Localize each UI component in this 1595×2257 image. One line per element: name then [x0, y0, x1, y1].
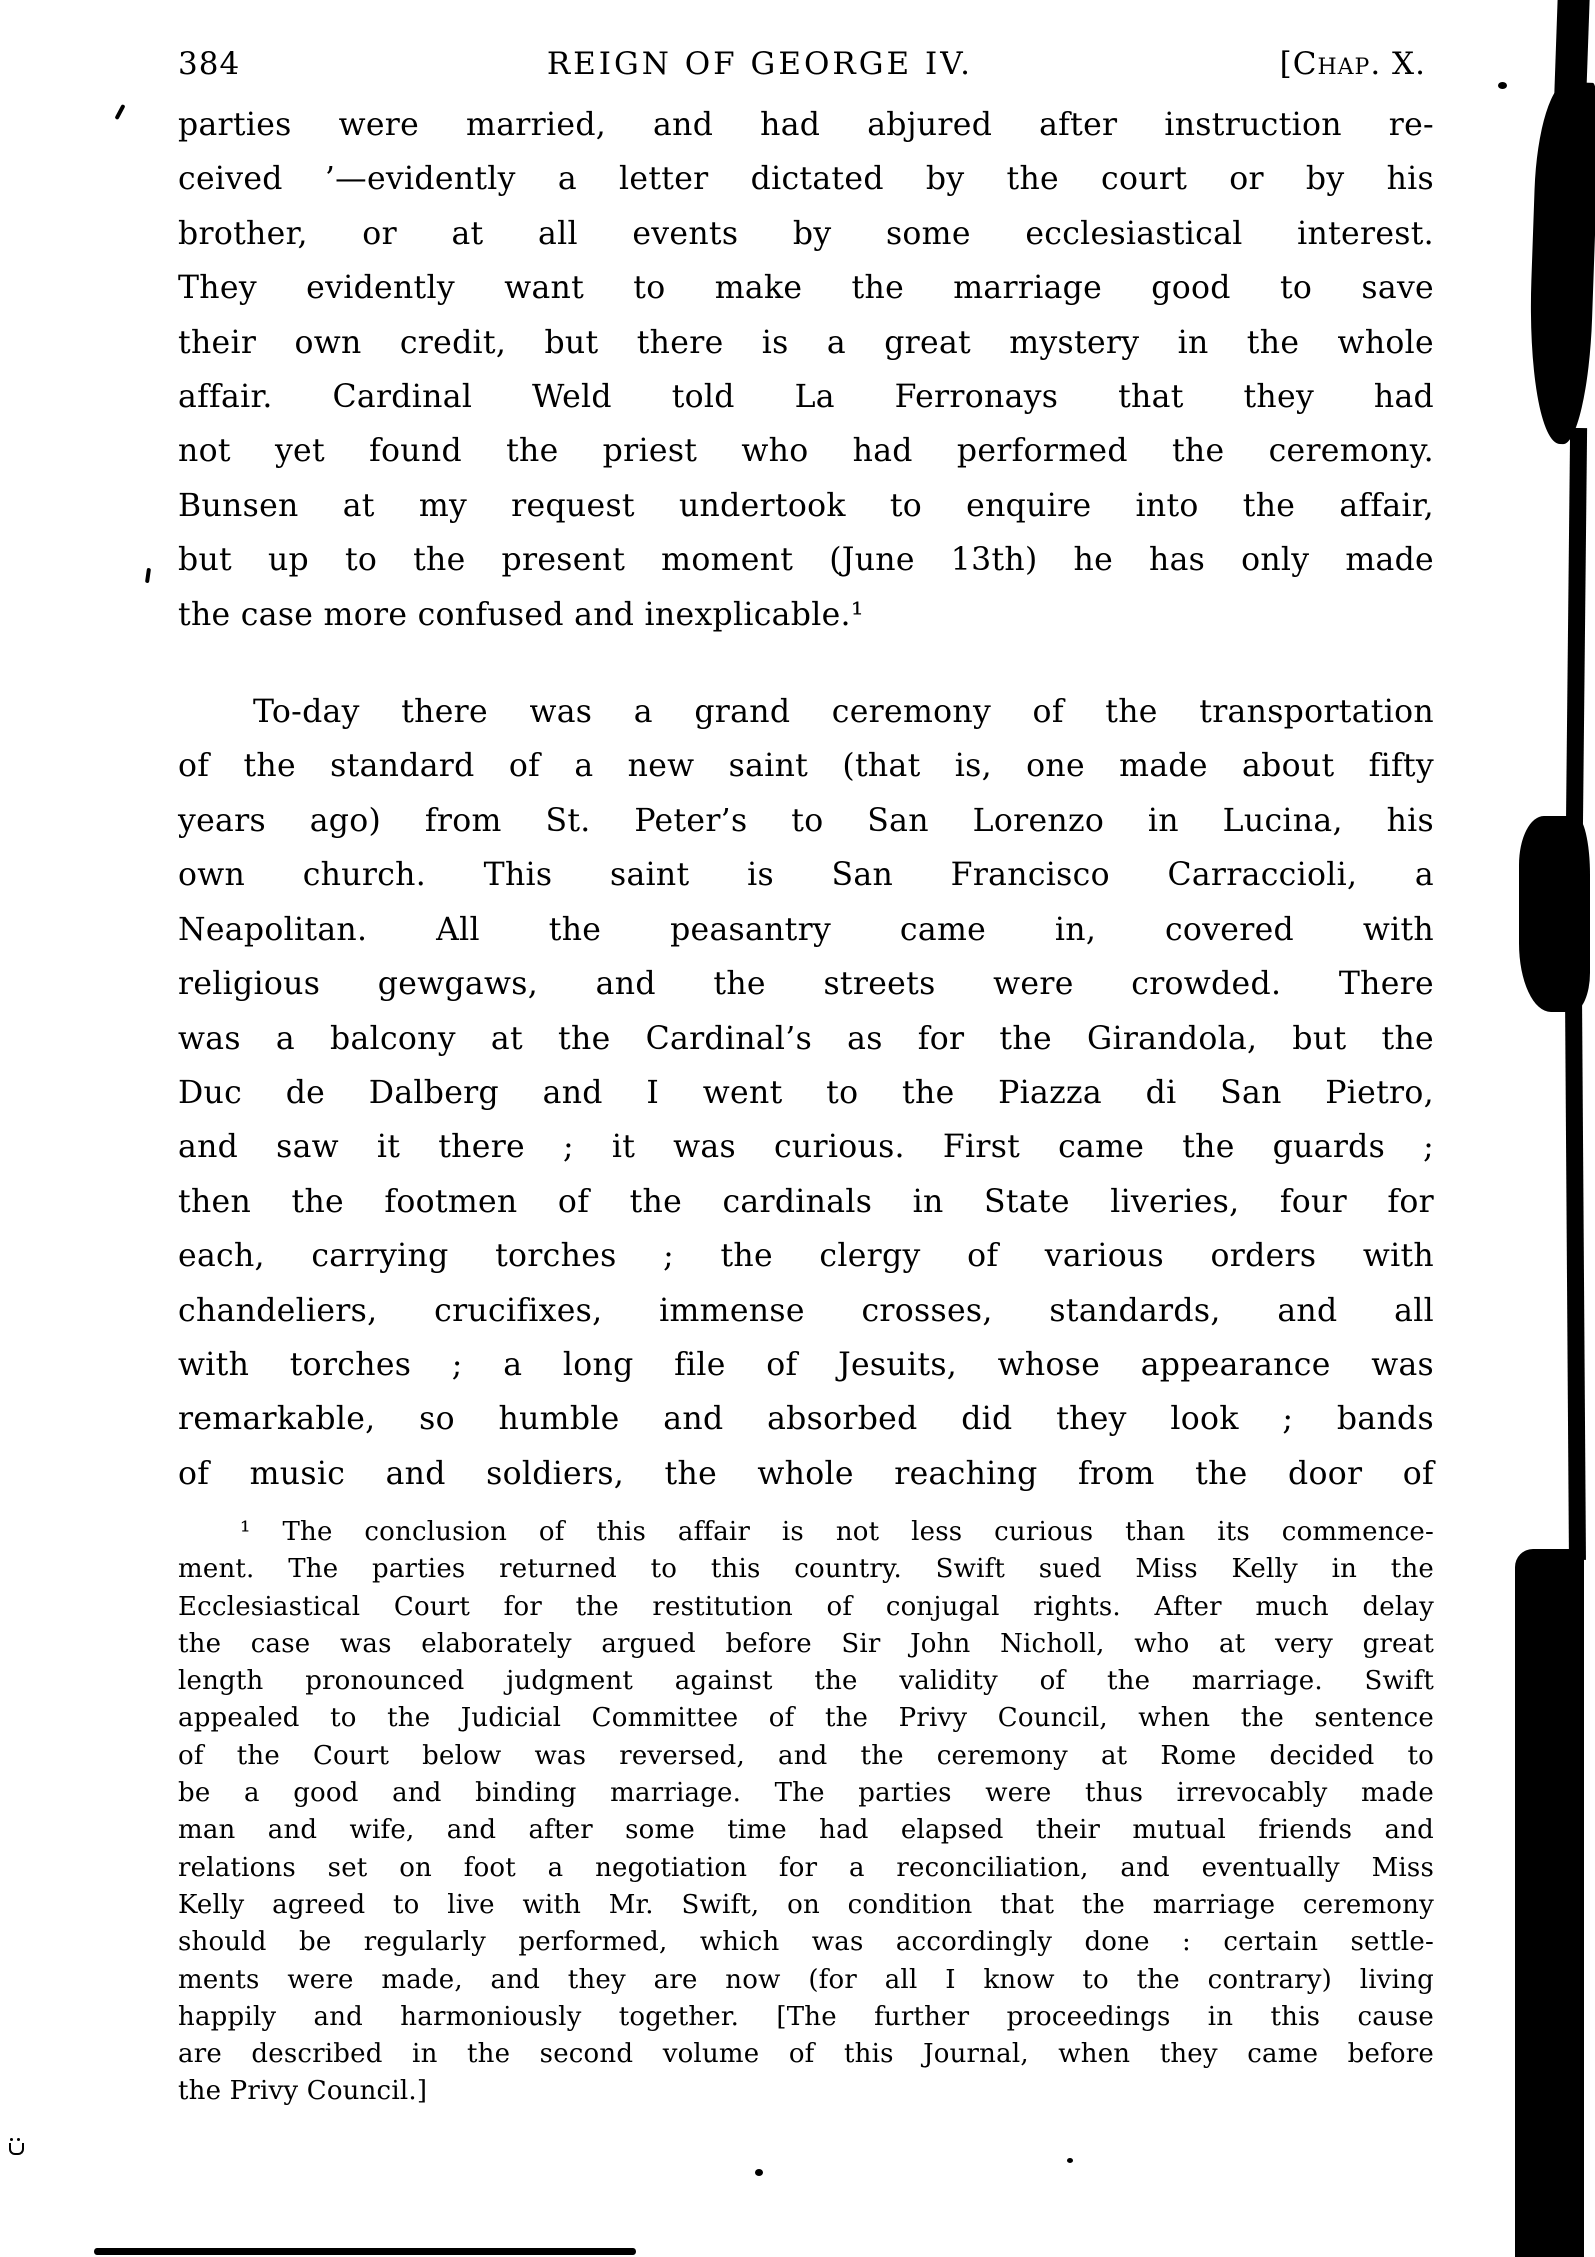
text-line: of the standard of a new saint (that is,…	[178, 739, 1434, 793]
paragraph-1: parties were married, and had abjured af…	[178, 98, 1434, 642]
book-page-scan: 384 REIGN OF GEORGE IV. [Chap. X. partie…	[0, 0, 1595, 2257]
scan-artifact-bottom-line	[94, 2248, 636, 2255]
text-line: the case more confused and inexplicable.…	[178, 588, 1434, 642]
text-line: length pronounced judgment against the v…	[178, 1663, 1434, 1700]
text-line: own church. This saint is San Francisco …	[178, 848, 1434, 902]
scan-artifact-bottom-left-curve	[9, 2143, 24, 2155]
text-line: Kelly agreed to live with Mr. Swift, on …	[178, 1887, 1434, 1924]
text-line: of the Court below was reversed, and the…	[178, 1738, 1434, 1775]
text-line: ¹ The conclusion of this affair is not l…	[178, 1514, 1434, 1551]
page-header: 384 REIGN OF GEORGE IV. [Chap. X.	[178, 44, 1426, 84]
text-line: was a balcony at the Cardinal’s as for t…	[178, 1012, 1434, 1066]
text-line: chandeliers, crucifixes, immense crosses…	[178, 1284, 1434, 1338]
text-line: relations set on foot a negotiation for …	[178, 1850, 1434, 1887]
scan-artifact-bottom-left-dot1	[10, 2138, 13, 2141]
scan-artifact-left-backtick	[114, 104, 125, 120]
text-line: To-day there was a grand ceremony of the…	[178, 685, 1434, 739]
text-line: Ecclesiastical Court for the restitution…	[178, 1589, 1434, 1626]
scan-artifact-left-apostrophe	[145, 568, 151, 583]
text-line: remarkable, so humble and absorbed did t…	[178, 1392, 1434, 1446]
text-line: not yet found the priest who had perform…	[178, 424, 1434, 478]
text-line: be a good and binding marriage. The part…	[178, 1775, 1434, 1812]
text-line: and saw it there ; it was curious. First…	[178, 1120, 1434, 1174]
text-line: man and wife, and after some time had el…	[178, 1812, 1434, 1849]
scan-artifact-dot-header-right	[1498, 82, 1507, 89]
text-line: the Privy Council.]	[178, 2073, 1434, 2110]
text-line: Bunsen at my request undertook to enquir…	[178, 479, 1434, 533]
chapter-label: [Chap. X.	[1280, 44, 1426, 84]
text-line: the case was elaborately argued before S…	[178, 1626, 1434, 1663]
text-line: with torches ; a long file of Jesuits, w…	[178, 1338, 1434, 1392]
text-line: should be regularly performed, which was…	[178, 1924, 1434, 1961]
paragraph-2: To-day there was a grand ceremony of the…	[178, 685, 1434, 1501]
scan-artifact-right-bar-bottom	[1515, 1549, 1584, 2257]
page-number: 384	[178, 44, 240, 84]
text-line: religious gewgaws, and the streets were …	[178, 957, 1434, 1011]
text-line: but up to the present moment (June 13th)…	[178, 533, 1434, 587]
text-line: Duc de Dalberg and I went to the Piazza …	[178, 1066, 1434, 1120]
text-line: years ago) from St. Peter’s to San Loren…	[178, 794, 1434, 848]
running-title: REIGN OF GEORGE IV.	[547, 44, 973, 84]
text-line: brother, or at all events by some eccles…	[178, 207, 1434, 261]
text-line: They evidently want to make the marriage…	[178, 261, 1434, 315]
text-line: are described in the second volume of th…	[178, 2036, 1434, 2073]
footnote: ¹ The conclusion of this affair is not l…	[178, 1514, 1434, 2111]
text-line: appealed to the Judicial Committee of th…	[178, 1700, 1434, 1737]
scan-artifact-right-stripe-mid1	[1566, 428, 1587, 832]
text-line: happily and harmoniously together. [The …	[178, 1999, 1434, 2036]
text-line: Neapolitan. All the peasantry came in, c…	[178, 903, 1434, 957]
text-line: parties were married, and had abjured af…	[178, 98, 1434, 152]
scan-artifact-right-blob-upper	[1526, 81, 1595, 445]
text-line: then the footmen of the cardinals in Sta…	[178, 1175, 1434, 1229]
text-line: ment. The parties returned to this count…	[178, 1551, 1434, 1588]
scan-artifact-bottom-dot2	[1067, 2158, 1073, 2163]
scan-artifact-right-blob-middle	[1519, 816, 1590, 1012]
text-line: affair. Cardinal Weld told La Ferronays …	[178, 370, 1434, 424]
text-line: each, carrying torches ; the clergy of v…	[178, 1229, 1434, 1283]
text-line: of music and soldiers, the whole reachin…	[178, 1447, 1434, 1501]
body-text: parties were married, and had abjured af…	[178, 98, 1434, 1501]
text-line: ceived ’—evidently a letter dictated by …	[178, 152, 1434, 206]
text-line: ments were made, and they are now (for a…	[178, 1962, 1434, 1999]
scan-artifact-bottom-dot1	[755, 2169, 763, 2176]
text-line: their own credit, but there is a great m…	[178, 316, 1434, 370]
scan-artifact-bottom-left-dot2	[17, 2138, 20, 2141]
scan-artifact-right-stripe-mid2	[1565, 1000, 1586, 1560]
